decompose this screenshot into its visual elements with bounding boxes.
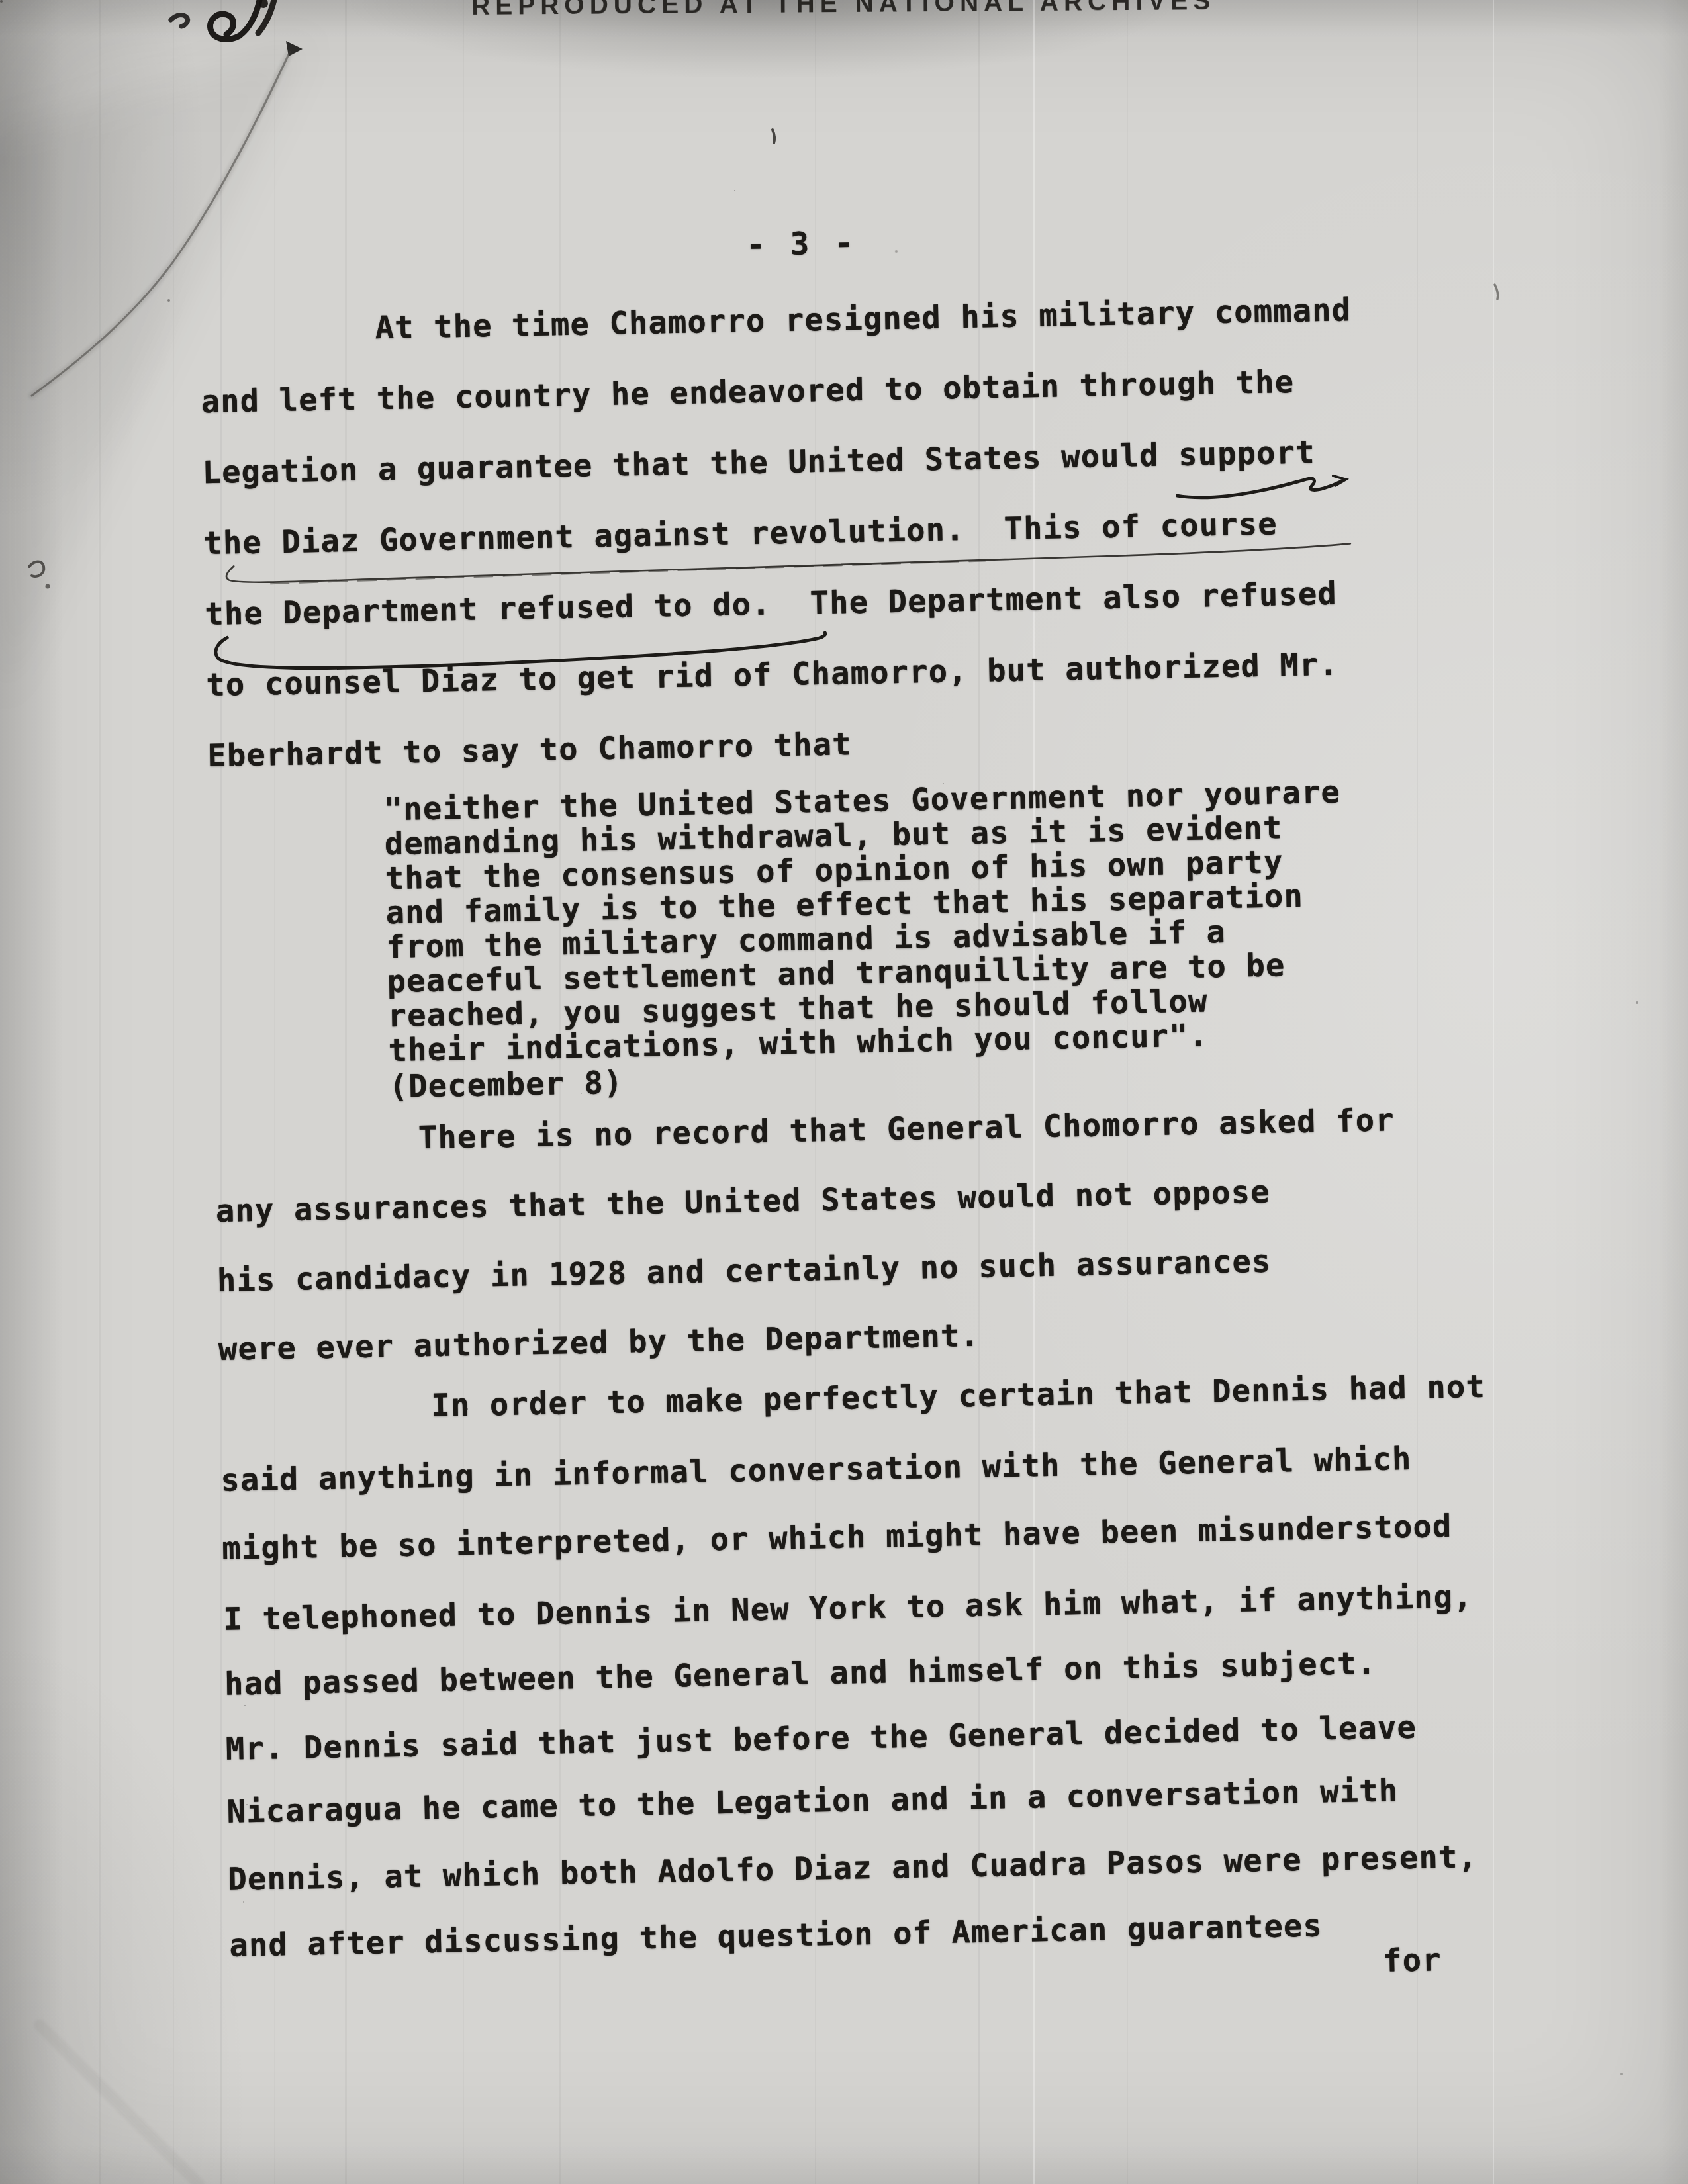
typed-line: his candidacy in 1928 and certainly no s… [217, 1246, 1272, 1297]
typed-line: had passed between the General and himse… [224, 1648, 1377, 1700]
document-page: REPRODUCED AT THE NATIONAL ARCHIVES [0, 0, 1688, 2184]
typed-line: There is no record that General Chomorro… [418, 1105, 1395, 1154]
typed-line: Nicaragua he came to the Legation and in… [226, 1775, 1398, 1827]
typed-line: and left the country he endeavored to ob… [201, 367, 1294, 418]
typed-line: At the time Chamorro resigned his milita… [375, 295, 1351, 343]
typed-line: and after discussing the question of Ame… [229, 1910, 1323, 1961]
typed-line: any assurances that the United States wo… [216, 1177, 1270, 1227]
typed-text-block: - 3 - At the time Chamorro resigned his … [0, 0, 1688, 2184]
catchword: for [1383, 1944, 1442, 1977]
typed-line: the Diaz Government against revolution. … [203, 508, 1278, 559]
typed-line: Mr. Dennis said that just before the Gen… [226, 1712, 1417, 1765]
typed-line: I telephoned to Dennis in New York to as… [223, 1581, 1473, 1635]
typed-line: Dennis, at which both Adolfo Diaz and Cu… [228, 1841, 1477, 1895]
typed-line: Eberhardt to say to Chamorro that [207, 729, 852, 772]
hand-underline-support [1177, 478, 1342, 498]
paper-specks [0, 0, 3, 3]
hand-underline-support [1333, 475, 1346, 485]
page-number: - 3 - [746, 228, 857, 261]
typed-line: the Department refused to do. The Depart… [205, 578, 1337, 630]
typed-line: were ever authorized by the Department. [218, 1320, 980, 1365]
typed-line: In order to make perfectly certain that … [431, 1371, 1485, 1422]
typed-line: said anything in informal conversation w… [220, 1443, 1412, 1496]
hand-underline-sentence [270, 561, 985, 584]
typed-line: Legation a guarantee that the United Sta… [202, 437, 1315, 488]
typed-line: to counsel Diaz to get rid of Chamorro, … [206, 649, 1338, 701]
quote-citation: (December 8) [389, 1068, 624, 1103]
typed-line: might be so interpreted, or which might … [222, 1511, 1452, 1565]
